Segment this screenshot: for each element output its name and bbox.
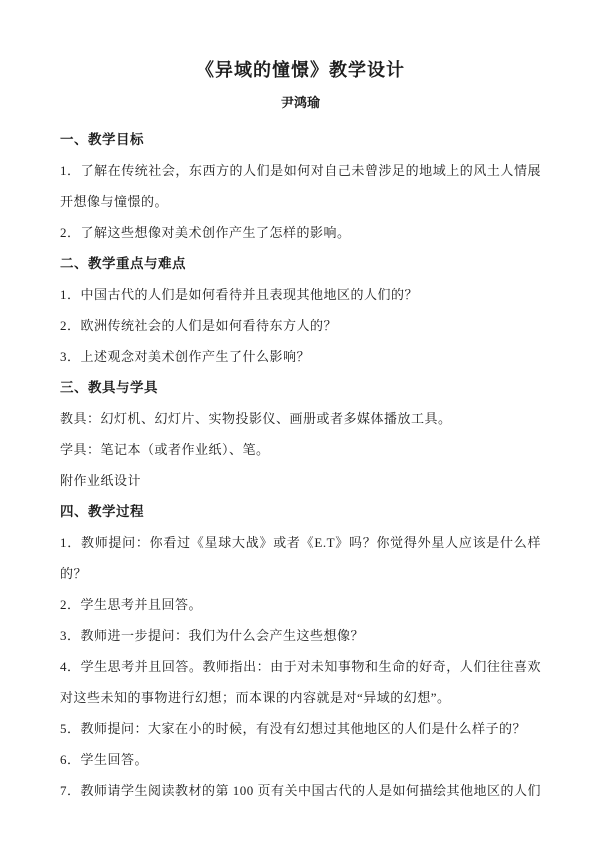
section-key-difficult-points: 二、教学重点与难点 1．中国古代的人们是如何看待并且表现其他地区的人们的？ 2．… bbox=[60, 248, 541, 372]
paragraph: 3．上述观念对美术创作产生了什么影响？ bbox=[60, 341, 541, 372]
document-title: 《异域的憧憬》教学设计 bbox=[60, 56, 541, 84]
section-heading-key-points: 二、教学重点与难点 bbox=[60, 248, 541, 279]
paragraph: 1．了解在传统社会，东西方的人们是如何对自己未曾涉足的地域上的风土人情展开想像与… bbox=[60, 155, 541, 217]
paragraph: 4．学生思考并且回答。教师指出：由于对未知事物和生命的好奇，人们往往喜欢对这些未… bbox=[60, 651, 541, 713]
paragraph: 5．教师提问：大家在小的时候，有没有幻想过其他地区的人们是什么样子的？ bbox=[60, 713, 541, 744]
paragraph: 2．学生思考并且回答。 bbox=[60, 589, 541, 620]
paragraph: 6．学生回答。 bbox=[60, 744, 541, 775]
paragraph: 7．教师请学生阅读教材的第 100 页有关中国古代的人是如何描绘其他地区的人们 bbox=[60, 775, 541, 806]
section-heading-process: 四、教学过程 bbox=[60, 496, 541, 527]
paragraph: 教具：幻灯机、幻灯片、实物投影仪、画册或者多媒体播放工具。 bbox=[60, 403, 541, 434]
paragraph: 学具：笔记本（或者作业纸）、笔。 bbox=[60, 434, 541, 465]
paragraph: 附作业纸设计 bbox=[60, 465, 541, 496]
paragraph: 2．欧洲传统社会的人们是如何看待东方人的？ bbox=[60, 310, 541, 341]
document-author: 尹鸿瑜 bbox=[60, 90, 541, 116]
paragraph: 2．了解这些想像对美术创作产生了怎样的影响。 bbox=[60, 217, 541, 248]
section-teaching-process: 四、教学过程 1．教师提问：你看过《星球大战》或者《E.T》吗？你觉得外星人应该… bbox=[60, 496, 541, 806]
paragraph: 1．教师提问：你看过《星球大战》或者《E.T》吗？你觉得外星人应该是什么样的？ bbox=[60, 527, 541, 589]
section-heading-objectives: 一、教学目标 bbox=[60, 124, 541, 155]
document-page: 《异域的憧憬》教学设计 尹鸿瑜 一、教学目标 1．了解在传统社会，东西方的人们是… bbox=[0, 0, 600, 848]
section-teaching-objectives: 一、教学目标 1．了解在传统社会，东西方的人们是如何对自己未曾涉足的地域上的风土… bbox=[60, 124, 541, 248]
paragraph: 1．中国古代的人们是如何看待并且表现其他地区的人们的？ bbox=[60, 279, 541, 310]
section-teaching-aids: 三、教具与学具 教具：幻灯机、幻灯片、实物投影仪、画册或者多媒体播放工具。 学具… bbox=[60, 372, 541, 496]
paragraph: 3．教师进一步提问：我们为什么会产生这些想像？ bbox=[60, 620, 541, 651]
section-heading-aids: 三、教具与学具 bbox=[60, 372, 541, 403]
